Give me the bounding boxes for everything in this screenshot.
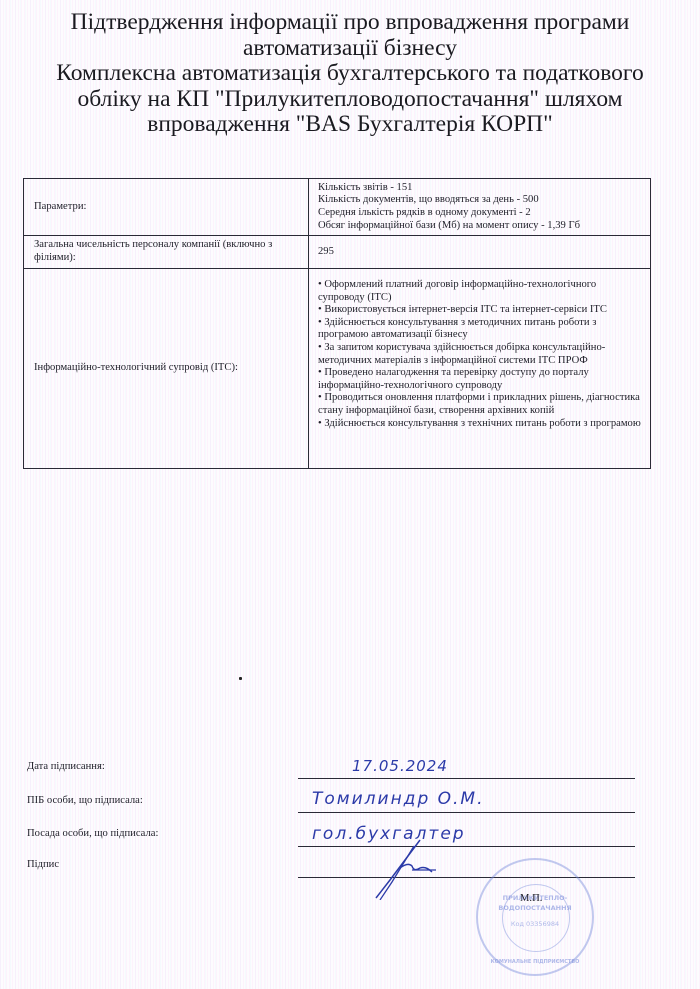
seal-line-3: КОМУНАЛЬНЕ ПІДПРИЄМСТВО xyxy=(478,958,592,966)
seal-placeholder-label: М.П. xyxy=(520,893,542,904)
table-row-staff: Загальна чисельність персоналу компанії … xyxy=(24,236,651,269)
date-handwritten: 17.05.2024 xyxy=(352,757,448,775)
name-handwritten: Томилиндр О.М. xyxy=(312,789,485,809)
signature-scribble-icon xyxy=(340,820,470,900)
its-bullet-5: • Проведено налагодження та перевірку до… xyxy=(318,367,644,392)
parameters-table: Параметри: Кількість звітів - 151 Кількі… xyxy=(23,178,651,469)
parameters-values: Кількість звітів - 151 Кількість докумен… xyxy=(309,179,651,236)
reports-count: Кількість звітів - 151 xyxy=(318,182,644,195)
scan-speck xyxy=(239,677,242,680)
its-bullet-2: • Використовується інтернет-версія ІТС т… xyxy=(318,304,644,317)
its-bullet-7: • Здійснюється консультування з технічни… xyxy=(318,418,644,431)
its-label: Інформаційно-технологічний супровід (ІТС… xyxy=(24,269,309,469)
title-line-1: Підтвердження інформації про впровадженн… xyxy=(0,10,700,36)
seal-line-4: Код 03356984 xyxy=(478,920,592,928)
documents-per-day: Кількість документів, що вводяться за де… xyxy=(318,194,644,207)
seal-line-2: ВОДОПОСТАЧАННЯ xyxy=(478,904,592,912)
avg-rows-per-document: Середня ількість рядків в одному докумен… xyxy=(318,207,644,220)
title-line-2: автоматизації бізнесу xyxy=(0,36,700,62)
date-line xyxy=(298,778,635,779)
company-seal: ПРИЛУКИТЕПЛО- ВОДОПОСТАЧАННЯ Код 0335698… xyxy=(476,858,594,976)
staff-label: Загальна чисельність персоналу компанії … xyxy=(24,236,309,269)
document-title: Підтвердження інформації про впровадженн… xyxy=(0,10,700,138)
table-row-parameters: Параметри: Кількість звітів - 151 Кількі… xyxy=(24,179,651,236)
signature-label: Підпис xyxy=(27,859,59,870)
its-bullet-6: • Проводиться оновлення платформи і прик… xyxy=(318,392,644,417)
its-bullets: • Оформлений платний договір інформаційн… xyxy=(309,269,651,469)
its-bullet-3: • Здійснюється консультування з методичн… xyxy=(318,317,644,342)
name-line xyxy=(298,812,635,813)
its-bullet-1: • Оформлений платний договір інформаційн… xyxy=(318,279,644,304)
title-line-5: впровадження "BAS Бухгалтерія КОРП" xyxy=(0,112,700,138)
table-row-its: Інформаційно-технологічний супровід (ІТС… xyxy=(24,269,651,469)
title-line-3: Комплексна автоматизація бухгалтерського… xyxy=(0,61,700,87)
date-label: Дата підписання: xyxy=(27,761,105,772)
database-size: Обсяг інформаційної бази (Мб) на момент … xyxy=(318,220,644,233)
parameters-label: Параметри: xyxy=(24,179,309,236)
its-bullet-4: • За запитом користувача здійснюється до… xyxy=(318,342,644,367)
position-label: Посада особи, що підписала: xyxy=(27,828,158,839)
staff-value: 295 xyxy=(309,236,651,269)
title-line-4: обліку на КП "Прилукитепловодопостачання… xyxy=(0,87,700,113)
name-label: ПІБ особи, що підписала: xyxy=(27,795,143,806)
